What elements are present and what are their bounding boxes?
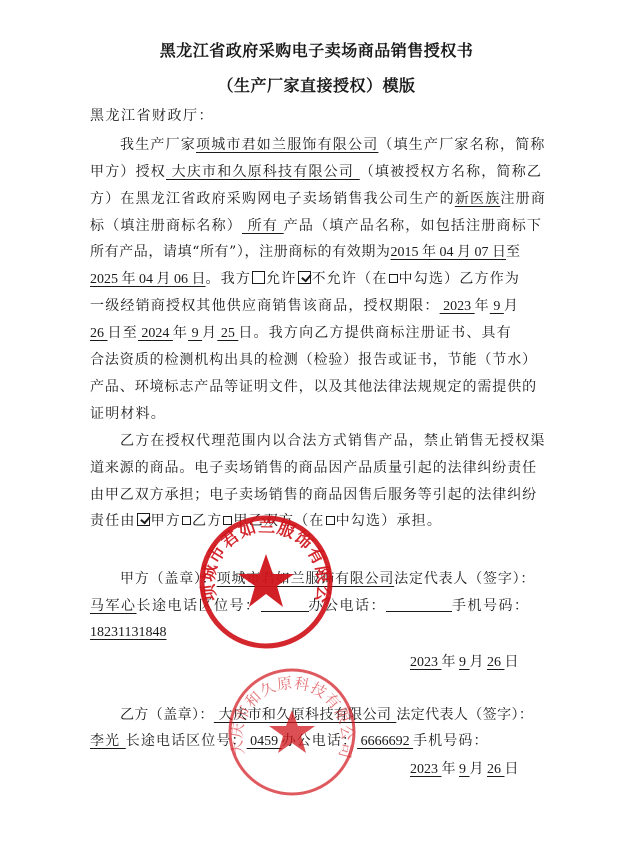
text: 日 xyxy=(108,325,123,341)
text: （在 xyxy=(294,513,324,529)
trademark-valid-to: 2025 年 04 月 06 日 xyxy=(90,272,206,287)
p1-line6: 2025 年 04 月 06 日。我方允许不允许（在中勾选）乙方作为 xyxy=(90,270,550,289)
party-a-rep-name: 马军心 xyxy=(90,598,137,614)
liability-party-b-label: 乙方 xyxy=(192,513,222,529)
party-b-line2: 李光 长途电话区位号： 0459 办公电话： 6666692 手机号码： xyxy=(90,732,550,751)
text: 。我方向乙方提供商标注册证书、具有 xyxy=(254,325,512,341)
p1-line4: 标（填注册商标名称） 所有 产品（填产品名称，如包括注册商标下 xyxy=(90,217,550,235)
party-b-office-phone-label: 办公电话： xyxy=(282,733,358,749)
party-a-area-code-label: 长途电话区位号： xyxy=(137,598,261,614)
text: 注册商 xyxy=(500,191,546,207)
auth-end-year: 2024 xyxy=(138,326,173,341)
auth-start-day: 26 xyxy=(90,326,108,341)
text: 月 xyxy=(470,655,484,670)
liability-party-a-label: 甲方 xyxy=(151,513,181,529)
text: 日 xyxy=(238,325,253,341)
text: 所有产品，请填“所有”），注册商标的有效期为 xyxy=(90,244,391,260)
text: 。我方 xyxy=(206,271,252,287)
party-a-seal-label: 甲方（盖章）： xyxy=(120,571,217,587)
trademark-valid-from: 2015 年 04 月 07 日 xyxy=(391,245,507,260)
allow-label: 允许 xyxy=(266,271,296,287)
auth-end-day: 25 xyxy=(217,326,238,341)
authorized-party-name: 大庆市和久原科技有限公司 xyxy=(166,164,360,180)
text: 至 xyxy=(123,325,138,341)
text: 月 xyxy=(470,762,484,777)
party-b-date-month: 9 xyxy=(459,762,470,777)
party-a-rep-label: 法定代表人（签字）： xyxy=(394,571,535,587)
party-a-office-phone xyxy=(386,597,452,612)
party-a-name: 项城市君如兰服饰有限公司 xyxy=(217,571,395,587)
text: （填被授权方名称，简称乙 xyxy=(360,164,542,180)
document-title: 黑龙江省政府采购电子卖场商品销售授权书 xyxy=(0,38,633,61)
authorization-document: 黑龙江省政府采购电子卖场商品销售授权书 （生产厂家直接授权）模版 黑龙江省财政厅… xyxy=(0,0,633,855)
party-a-date-year: 2023 xyxy=(410,655,442,670)
p1-line10: 产品、环境标志产品等证明文件，以及其他法律法规规定的需提供的 xyxy=(90,378,550,396)
party-b-office-phone: 6666692 xyxy=(357,734,413,749)
text: 月 xyxy=(202,325,217,341)
p2-line2: 道来源的商品。电子卖场销售的商品因产品质量引起的法律纠纷责任 xyxy=(90,459,550,477)
party-b-mobile-label: 手机号码： xyxy=(413,733,489,749)
text: 至 xyxy=(506,244,521,260)
party-a-date: 2023 年 9 月 26 日 xyxy=(410,651,519,671)
party-b-date-day: 26 xyxy=(487,762,505,777)
party-b-date: 2023 年 9 月 26 日 xyxy=(410,758,519,778)
checkbox-symbol-icon xyxy=(389,274,398,283)
p1-line8: 26 日至 2024 年 9 月 25 日。我方向乙方提供商标注册证书、具有 xyxy=(90,324,550,343)
party-b-date-year: 2023 xyxy=(410,762,442,777)
party-b-rep-name: 李光 xyxy=(90,733,126,749)
party-a-office-phone-label: 办公电话： xyxy=(309,598,387,614)
text: 年 xyxy=(475,298,490,314)
p2-line1: 乙方在授权代理范围内以合法方式销售产品，禁止销售无授权渠 xyxy=(120,432,550,450)
manufacturer-name: 项城市君如兰服饰有限公司 xyxy=(196,137,378,153)
p1-line7: 一级经销商授权其他供应商销售该商品，授权期限： 2023 年 9 月 xyxy=(90,297,550,316)
disallow-checkbox[interactable] xyxy=(298,271,311,284)
text: 年 xyxy=(173,325,188,341)
allow-checkbox[interactable] xyxy=(252,271,265,284)
liability-both-label: 甲乙双方 xyxy=(233,513,294,529)
text: 甲方）授权 xyxy=(90,164,166,180)
party-a-line2: 马军心长途电话区位号：办公电话：手机号码： xyxy=(90,597,550,615)
product-name: 所有 xyxy=(242,218,284,234)
salutation: 黑龙江省财政厅： xyxy=(90,105,214,125)
party-a-line3: 18231131848 xyxy=(90,624,550,642)
party-a-date-day: 26 xyxy=(487,655,505,670)
text: 中勾选）承担。 xyxy=(336,513,442,529)
party-a-area-code xyxy=(261,597,309,612)
p1-line3: 方）在黑龙江省政府采购网电子卖场销售我公司生产的新医族注册商 xyxy=(90,190,550,208)
text: 方）在黑龙江省政府采购网电子卖场销售我公司生产的 xyxy=(90,191,455,207)
text: 标（填注册商标名称） xyxy=(90,218,242,234)
text: 月 xyxy=(504,298,519,314)
p1-line11: 证明材料。 xyxy=(90,405,550,423)
party-a-mobile-label: 手机号码： xyxy=(452,598,530,614)
checkbox-symbol-icon xyxy=(326,516,335,525)
text: （填生产厂家名称，简称 xyxy=(378,137,545,153)
p2-line4: 责任由甲方乙方甲乙双方（在中勾选）承担。 xyxy=(90,512,550,530)
p1-line1: 我生产厂家项城市君如兰服饰有限公司（填生产厂家名称，简称 xyxy=(120,136,550,154)
auth-end-month: 9 xyxy=(188,326,202,341)
liability-party-a-checkbox[interactable] xyxy=(137,513,150,526)
text: 产品（填产品名称，如包括注册商标下 xyxy=(284,218,542,234)
text: 责任由 xyxy=(90,513,136,529)
party-b-seal-label: 乙方（盖章）： xyxy=(120,707,214,723)
liability-both-checkbox[interactable] xyxy=(223,516,232,525)
auth-start-year: 2023 xyxy=(440,299,475,314)
party-a-date-month: 9 xyxy=(459,655,470,670)
text: 中勾选）乙方作为 xyxy=(399,271,521,287)
document-subtitle: （生产厂家直接授权）模版 xyxy=(0,73,633,96)
disallow-label: 不允许 xyxy=(312,271,358,287)
party-b-area-code: 0459 xyxy=(247,734,282,749)
text: 年 xyxy=(442,762,456,777)
text: 年 xyxy=(442,655,456,670)
party-a-line1: 甲方（盖章）：项城市君如兰服饰有限公司法定代表人（签字）： xyxy=(120,570,550,588)
party-b-rep-label: 法定代表人（签字）： xyxy=(396,707,533,723)
liability-party-b-checkbox[interactable] xyxy=(182,516,191,525)
text: 一级经销商授权其他供应商销售该商品，授权期限： xyxy=(90,298,440,314)
text: （在 xyxy=(357,271,387,287)
p1-line2: 甲方）授权 大庆市和久原科技有限公司 （填被授权方名称，简称乙 xyxy=(90,163,550,181)
text: 日 xyxy=(505,655,519,670)
party-a-mobile: 18231131848 xyxy=(90,625,166,640)
p1-line5: 所有产品，请填“所有”），注册商标的有效期为2015 年 04 月 07 日至 xyxy=(90,243,550,262)
trademark-name: 新医族 xyxy=(455,191,501,207)
party-b-name: 大庆市和久原科技有限公司 xyxy=(214,707,397,723)
p2-line3: 由甲乙双方承担；电子卖场销售的商品因售后服务等引起的法律纠纷 xyxy=(90,486,550,504)
auth-start-month: 9 xyxy=(490,299,504,314)
text: 我生产厂家 xyxy=(120,137,196,153)
p1-line9: 合法资质的检测机构出具的检测（检验）报告或证书，节能（节水） xyxy=(90,351,550,369)
party-b-line1: 乙方（盖章）： 大庆市和久原科技有限公司 法定代表人（签字）： xyxy=(120,706,550,724)
text: 日 xyxy=(505,762,519,777)
party-b-area-code-label: 长途电话区位号： xyxy=(126,733,247,749)
